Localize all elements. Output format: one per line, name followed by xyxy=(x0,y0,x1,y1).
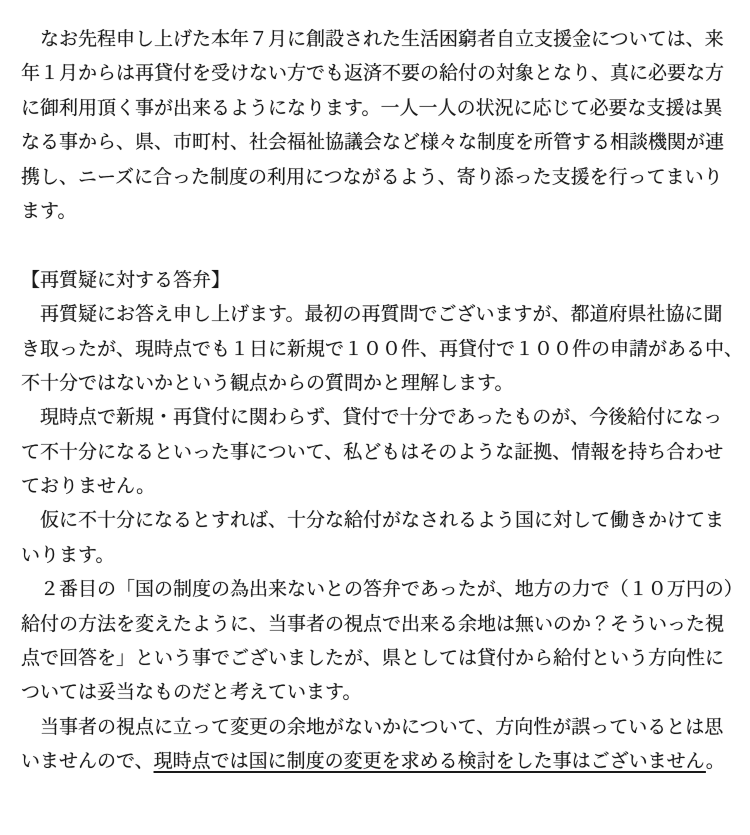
paragraph-line: ておりません。 xyxy=(21,469,732,503)
paragraph-line: に御利用頂く事が出来るようになります。一人一人の状況に応じて必要な支援は異 xyxy=(21,91,732,125)
document-page: なお先程申し上げた本年７月に創設された生活困窮者自立支援金については、来 年１月… xyxy=(0,0,750,835)
underlined-text: 現時点では国に制度の変更を求める検討をした事はございません xyxy=(154,750,706,772)
blank-line xyxy=(21,228,732,262)
paragraph-line: 点で回答を」という事でございましたが、県としては貸付から給付という方向性に xyxy=(21,641,732,675)
paragraph-line: なお先程申し上げた本年７月に創設された生活困窮者自立支援金については、来 xyxy=(21,22,732,56)
paragraph-line: 不十分ではないかという観点からの質問かと理解します。 xyxy=(21,366,732,400)
closing-line-prefix: いませんので、 xyxy=(21,750,154,772)
closing-line-suffix: 。 xyxy=(706,750,725,772)
paragraph-line: て不十分になるといった事について、私どもはそのような証拠、情報を持ち合わせ xyxy=(21,435,732,469)
closing-line: いませんので、現時点では国に制度の変更を求める検討をした事はございません。 xyxy=(21,744,732,778)
section-heading: 【再質疑に対する答弁】 xyxy=(21,263,732,297)
paragraph-line: 当事者の視点に立って変更の余地がないかについて、方向性が誤っているとは思 xyxy=(21,710,732,744)
paragraph-line: ついては妥当なものだと考えています。 xyxy=(21,675,732,709)
paragraph-line: ます。 xyxy=(21,194,732,228)
paragraph-line: 現時点で新規・再貸付に関わらず、貸付で十分であったものが、今後給付になっ xyxy=(21,400,732,434)
paragraph-line: 給付の方法を変えたように、当事者の視点で出来る余地は無いのか？そういった視 xyxy=(21,607,732,641)
paragraph-line: 再質疑にお答え申し上げます。最初の再質問でございますが、都道府県社協に聞 xyxy=(21,297,732,331)
paragraph-line: ２番目の「国の制度の為出来ないとの答弁であったが、地方の力で（１０万円の） xyxy=(21,572,732,606)
paragraph-line: 仮に不十分になるとすれば、十分な給付がなされるよう国に対して働きかけてま xyxy=(21,503,732,537)
paragraph-line: 携し、ニーズに合った制度の利用につながるよう、寄り添った支援を行ってまいり xyxy=(21,160,732,194)
paragraph-line: いります。 xyxy=(21,538,732,572)
paragraph-line: き取ったが、現時点でも１日に新規で１００件、再貸付で１００件の申請がある中、 xyxy=(21,332,732,366)
paragraph-line: 年１月からは再貸付を受けない方でも返済不要の給付の対象となり、真に必要な方 xyxy=(21,56,732,90)
paragraph-line: なる事から、県、市町村、社会福祉協議会など様々な制度を所管する相談機関が連 xyxy=(21,125,732,159)
